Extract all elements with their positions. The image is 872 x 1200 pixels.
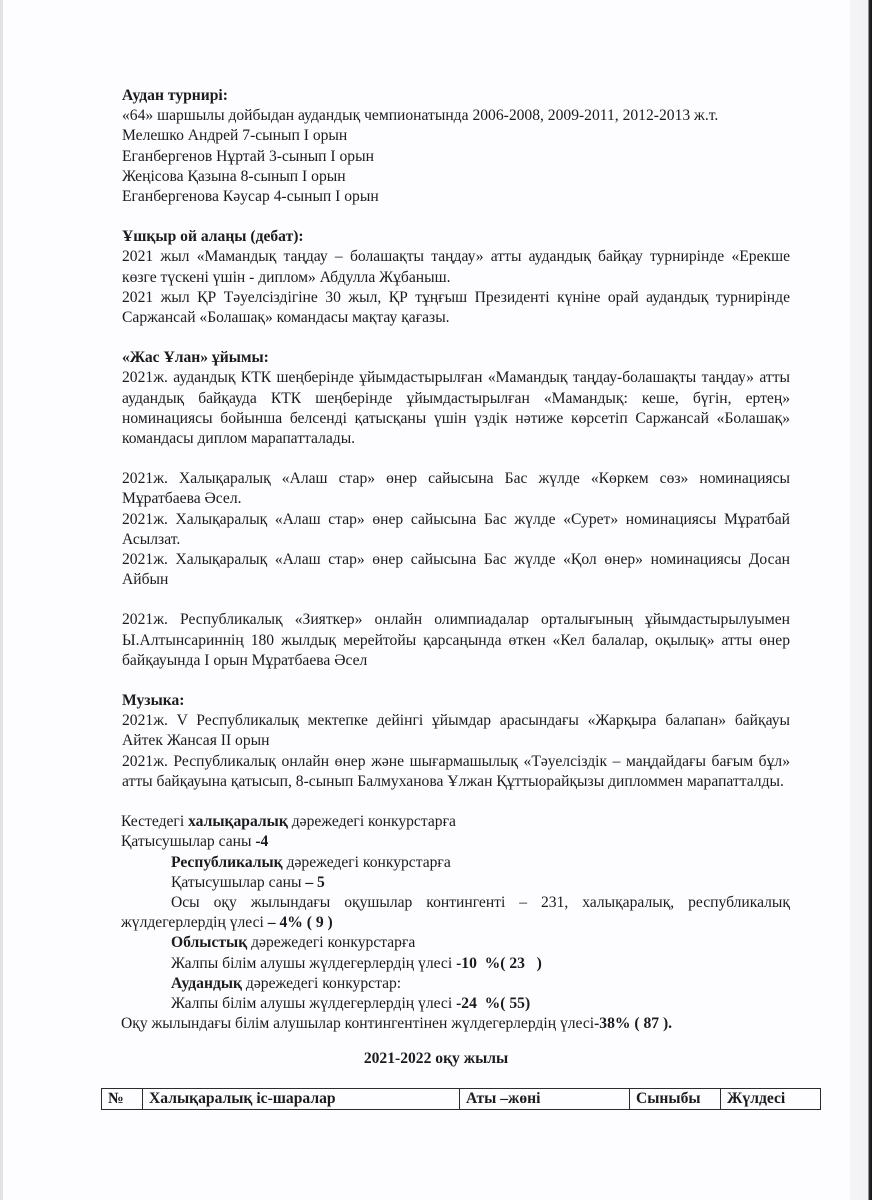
music-item: 2021ж. Республикалық онлайн өнер және шы… [122, 752, 790, 792]
section-heading: Музыка: [122, 691, 790, 711]
ktk-paragraph: 2021ж. аудандық КТК шеңберінде ұйымдасты… [122, 368, 790, 449]
winner-item: Еганбергенова Кәусар 4-сынып I орын [122, 187, 790, 207]
intl-participants-line: Қатысушылар саны -4 [121, 832, 790, 852]
tournament-intro: «64» шаршылы дойбыдан аудандық чемпионат… [122, 106, 790, 126]
alash-item: 2021ж. Халықаралық «Алаш стар» өнер сайы… [122, 469, 790, 509]
section-district-tournament: Аудан турнирі: «64» шаршылы дойбыдан ауд… [122, 86, 790, 207]
obl-share-line: Жалпы білім алушы жүлдегерлердің үлесі -… [121, 954, 790, 974]
contingent-paragraph: Осы оқу жылындағы оқушылар контингенті –… [121, 893, 790, 933]
column-header-events: Халықаралық іс-шаралар [143, 1089, 460, 1110]
section-heading: Ұшқыр ой алаңы (дебат): [122, 227, 790, 247]
section-summary: Кестедегі халықаралық дәрежедегі конкурс… [121, 812, 790, 1034]
music-item: 2021ж. V Республикалық мектепке дейінгі … [122, 711, 790, 751]
rep-contests-line: Республикалық дәрежедегі конкурстарға [121, 853, 790, 873]
section-music: Музыка: 2021ж. V Республикалық мектепке … [122, 691, 790, 792]
awards-table: № Халықаралық іс-шаралар Аты –жөні Сыныб… [101, 1088, 821, 1110]
total-share-value: -38% ( 87 ). [594, 1015, 672, 1032]
column-header-grade: Сыныбы [630, 1089, 721, 1110]
section-debate: Ұшқыр ой алаңы (дебат): 2021 жыл «Маманд… [122, 227, 790, 328]
column-header-prize: Жүлдесі [721, 1089, 821, 1110]
aud-contests-line: Аудандық дәрежедегі конкурстар: [121, 974, 790, 994]
intl-contests-line: Кестедегі халықаралық дәрежедегі конкурс… [121, 812, 790, 832]
debate-item: 2021 жыл ҚР Тәуелсіздігіне 30 жыл, ҚР тұ… [122, 288, 790, 328]
year-title: 2021-2022 оқу жылы [0, 1050, 872, 1068]
section-heading: «Жас Ұлан» ұйымы: [122, 348, 790, 368]
total-share-line: Оқу жылындағы білім алушылар контингенті… [121, 1014, 790, 1034]
winner-item: Жеңісова Қазына 8-сынып I орын [122, 167, 790, 187]
aud-share-value: -24 %( 55) [456, 995, 530, 1012]
rep-participants-line: Қатысушылар саны – 5 [121, 873, 790, 893]
alash-item: 2021ж. Халықаралық «Алаш стар» өнер сайы… [122, 510, 790, 550]
document-body: Аудан турнирі: «64» шаршылы дойбыдан ауд… [122, 86, 790, 1034]
section-heading: Аудан турнирі: [122, 86, 790, 106]
rep-participants-count: – 5 [305, 874, 325, 891]
contingent-share: – 4% ( 9 ) [268, 914, 333, 931]
scan-left-edge [0, 0, 3, 1200]
intl-participants-count: -4 [255, 833, 268, 850]
column-header-name: Аты –жөні [460, 1089, 630, 1110]
table-header-row: № Халықаралық іс-шаралар Аты –жөні Сыныб… [102, 1089, 821, 1110]
section-zhas-ulan: «Жас Ұлан» ұйымы: 2021ж. аудандық КТК ше… [122, 348, 790, 671]
ziatker-paragraph: 2021ж. Республикалық «Зияткер» онлайн ол… [122, 610, 790, 671]
column-header-number: № [102, 1089, 143, 1110]
winner-item: Еганбергенов Нұртай 3-сынып I орын [122, 147, 790, 167]
debate-item: 2021 жыл «Мамандық таңдау – болашақты та… [122, 247, 790, 287]
aud-share-line: Жалпы білім алушы жүлдегерлердің үлесі -… [121, 994, 790, 1014]
scan-right-edge [850, 0, 872, 1200]
obl-contests-line: Облыстық дәрежедегі конкурстарға [121, 933, 790, 953]
obl-share-value: -10 %( 23 ) [456, 955, 542, 972]
alash-item: 2021ж. Халықаралық «Алаш стар» өнер сайы… [122, 550, 790, 590]
winner-item: Мелешко Андрей 7-сынып I орын [122, 126, 790, 146]
